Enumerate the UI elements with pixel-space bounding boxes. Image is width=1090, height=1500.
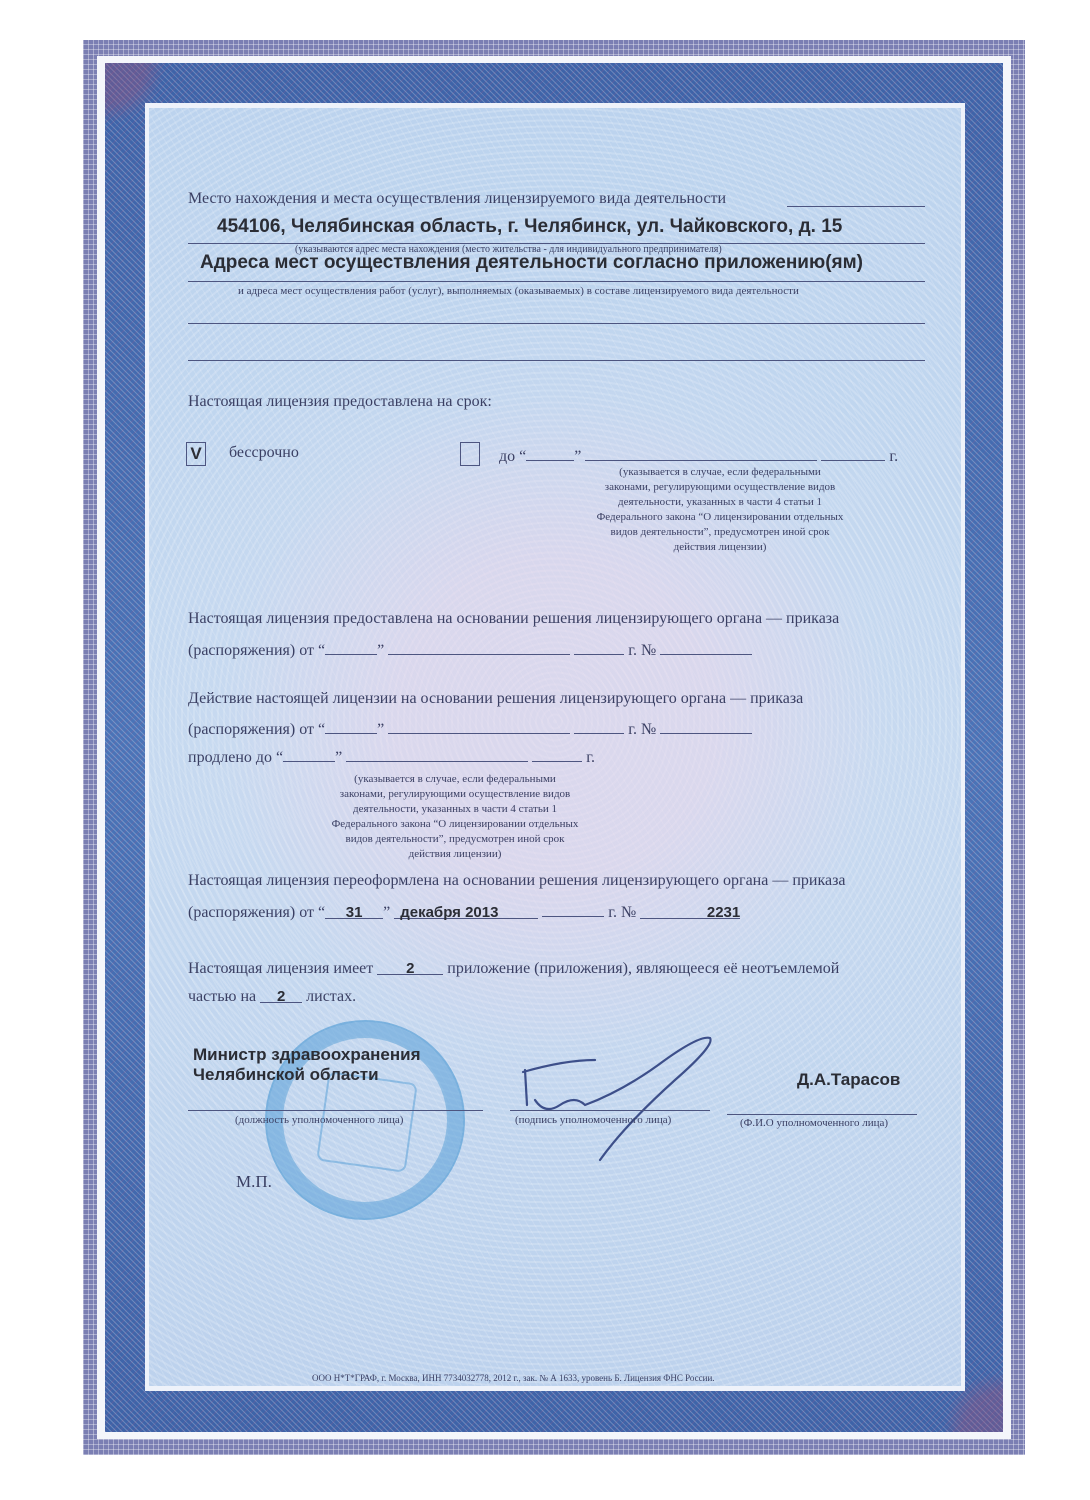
- granted-month-field[interactable]: [388, 640, 570, 655]
- granted-basis-line1: Настоящая лицензия предоставлена на осно…: [188, 610, 839, 628]
- signature-scribble-icon: [505, 1030, 735, 1170]
- until-hint: (указывается в случае, если федеральными…: [560, 465, 880, 555]
- until-day-field[interactable]: [526, 446, 574, 461]
- extension-line1: Действие настоящей лицензии на основании…: [188, 690, 803, 708]
- position-line: Челябинской области: [193, 1065, 421, 1085]
- extension-hint: (указывается в случае, если федеральными…: [300, 772, 610, 862]
- signature-line-rule: [510, 1110, 710, 1111]
- blank-line-2: [188, 360, 925, 361]
- activity-places-line: [188, 281, 925, 282]
- appendix-sheets-field[interactable]: 2: [260, 988, 302, 1003]
- appendix-count-field[interactable]: 2: [377, 960, 443, 975]
- position-line-rule: [188, 1110, 483, 1111]
- hint-line: законами, регулирующими осуществление ви…: [300, 787, 610, 802]
- hint-line: видов деятельности”, предусмотрен иной с…: [300, 832, 610, 847]
- hint-line: деятельности, указанных в части 4 статьи…: [300, 802, 610, 817]
- reissue-line2: (распоряжения) от “31” декабря 2013 г. №…: [188, 902, 740, 922]
- extension-year-field[interactable]: [574, 719, 624, 734]
- until-prefix: до: [499, 448, 515, 465]
- granted-number-field[interactable]: [660, 640, 752, 655]
- extended-month-field[interactable]: [346, 747, 528, 762]
- reissue-day-field[interactable]: 31: [325, 904, 383, 919]
- location-label: Место нахождения и места осуществления л…: [188, 190, 726, 208]
- indefinite-label: бессрочно: [229, 444, 299, 462]
- printer-imprint: ООО Н*Т*ГРАФ, г. Москва, ИНН 7734032778,…: [312, 1373, 715, 1383]
- seal-place-label: М.П.: [236, 1172, 272, 1192]
- blank-line-1: [188, 323, 925, 324]
- hint-line: (указывается в случае, если федеральными: [300, 772, 610, 787]
- reissue-line1: Настоящая лицензия переоформлена на осно…: [188, 872, 846, 890]
- until-year-suffix: г.: [889, 448, 898, 465]
- reissue-number-label: №: [621, 904, 636, 921]
- name-hint: (Ф.И.О уполномоченного лица): [740, 1117, 888, 1129]
- activity-places-hint: и адреса мест осуществления работ (услуг…: [238, 285, 799, 297]
- granted-year-suffix: г.: [628, 642, 637, 659]
- extension-line2: (распоряжения) от “” г. №: [188, 719, 752, 739]
- hint-line: (указывается в случае, если федеральными: [560, 465, 880, 480]
- granted-year-field[interactable]: [574, 640, 624, 655]
- signatory-position: Министр здравоохранения Челябинской обла…: [193, 1045, 421, 1085]
- hint-line: деятельности, указанных в части 4 статьи…: [560, 495, 880, 510]
- extension-year-suffix: г.: [628, 721, 637, 738]
- extension-number-label: №: [641, 721, 656, 738]
- name-line-rule: [727, 1114, 917, 1115]
- activity-places-value: Адреса мест осуществления деятельности с…: [200, 252, 863, 274]
- until-year-field[interactable]: [821, 446, 885, 461]
- position-line: Министр здравоохранения: [193, 1045, 421, 1065]
- reissue-number-field[interactable]: 2231: [640, 904, 740, 919]
- signature-hint: (подпись уполномоченного лица): [515, 1114, 671, 1126]
- hint-line: Федерального закона “О лицензировании от…: [300, 817, 610, 832]
- reissue-year-field[interactable]: [542, 902, 604, 917]
- appendix-prefix: Настоящая лицензия имеет: [188, 960, 373, 977]
- extension-month-field[interactable]: [388, 719, 570, 734]
- until-month-field[interactable]: [585, 446, 817, 461]
- granted-number-label: №: [641, 642, 656, 659]
- address-value: 454106, Челябинская область, г. Челябинс…: [217, 216, 842, 238]
- hint-line: действия лицензии): [560, 540, 880, 555]
- extension-prefix: (распоряжения) от: [188, 721, 314, 738]
- granted-basis-line2: (распоряжения) от “” г. №: [188, 640, 752, 660]
- until-label: до “” г.: [499, 446, 898, 466]
- appendix-middle: приложение (приложения), являющееся её н…: [447, 960, 839, 977]
- extended-year-suffix: г.: [586, 749, 595, 766]
- reissue-month-year-field[interactable]: декабря 2013: [394, 904, 538, 919]
- appendix-sheets-prefix: частью на: [188, 988, 256, 1005]
- appendix-line1: Настоящая лицензия имеет 2 приложение (п…: [188, 960, 839, 978]
- hint-line: действия лицензии): [300, 847, 610, 862]
- indefinite-checkbox[interactable]: V: [186, 442, 206, 466]
- extended-until-line: продлено до “” г.: [188, 747, 595, 767]
- appendix-line2: частью на 2 листах.: [188, 988, 356, 1006]
- term-label: Настоящая лицензия предоставлена на срок…: [188, 393, 492, 411]
- hint-line: видов деятельности”, предусмотрен иной с…: [560, 525, 880, 540]
- extension-day-field[interactable]: [325, 719, 377, 734]
- hint-line: законами, регулирующими осуществление ви…: [560, 480, 880, 495]
- position-hint: (должность уполномоченного лица): [235, 1114, 403, 1126]
- extension-number-field[interactable]: [660, 719, 752, 734]
- signatory-name: Д.А.Тарасов: [797, 1070, 900, 1090]
- reissue-prefix: (распоряжения) от: [188, 904, 314, 921]
- reissue-year-suffix: г.: [608, 904, 617, 921]
- hint-line: Федерального закона “О лицензировании от…: [560, 510, 880, 525]
- extended-day-field[interactable]: [283, 747, 335, 762]
- appendix-sheets-suffix: листах.: [306, 988, 356, 1005]
- until-checkbox[interactable]: [460, 442, 480, 466]
- extended-until-prefix: продлено до: [188, 749, 272, 766]
- extended-year-field[interactable]: [532, 747, 582, 762]
- granted-day-field[interactable]: [325, 640, 377, 655]
- granted-prefix: (распоряжения) от: [188, 642, 314, 659]
- location-label-line: [787, 206, 925, 207]
